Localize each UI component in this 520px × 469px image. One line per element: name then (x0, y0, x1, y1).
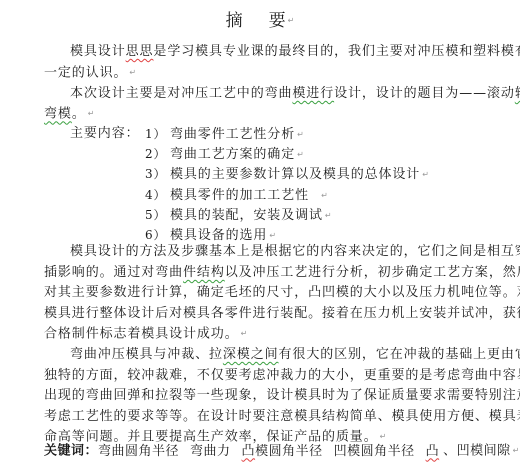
para3-line1[interactable]: 模具设计的方法及步骤基本上是根据它的内容来决定的，它们之间是相互穿 (70, 242, 489, 262)
paragraph-mark-icon: ↵ (380, 432, 387, 441)
text: 独特的方面，较冲裁难，不仅要考虑冲裁力的大小，更重要的是考虑弯曲中容易 (44, 368, 520, 383)
paragraph-mark-icon: ↵ (513, 446, 520, 455)
para2-line1[interactable]: 本次设计主要是对冲压工艺中的弯曲模进行设计，设计的题目为——滚动轴 (70, 84, 489, 104)
list-text: 模具的主要参数计算以及模具的总体设计 (170, 167, 420, 182)
para4-line4[interactable]: 考虑工艺性的要求等等。在设计时要注意模具结构简单、模具使用方便、模具寿 (44, 407, 489, 427)
keyword: 凹模圆角半径 (334, 444, 415, 459)
text: 设计，设计的题目为——滚动 (334, 86, 515, 101)
list-item[interactable]: 5）模具的装配，安装及调试↵ (145, 205, 332, 225)
paragraph-mark-icon: ↵ (288, 16, 295, 25)
paragraph-mark-icon: ↵ (297, 150, 304, 159)
paragraph-mark-icon: ↵ (321, 191, 328, 200)
list-number: 1） (145, 124, 170, 144)
text: 。 (72, 107, 86, 122)
paragraph-mark-icon: ↵ (297, 130, 304, 139)
paragraph-mark-icon: ↵ (88, 109, 95, 118)
list-text: 弯曲工艺方案的确定 (170, 147, 295, 162)
text: 出现的弯曲回弹和拉裂等一些现象，设计模具时为了保证质量要求需要特别注意 (44, 388, 520, 403)
text: 一定的认识。 (44, 66, 127, 81)
paragraph-mark-icon: ↵ (241, 329, 248, 338)
document-page: 摘要↵ 模具设计思思是学习模具专业课的最终目的，我们主要对冲压模和塑料模有 一定… (0, 0, 520, 469)
main-content-label: 主要内容： (70, 124, 140, 144)
text: 是学习模具专业课的最终目的，我们主要对冲压模和塑料模有 (153, 44, 520, 59)
para4-line3[interactable]: 出现的弯曲回弹和拉裂等一些现象，设计模具时为了保证质量要求需要特别注意 (44, 386, 489, 406)
list-item[interactable]: 1）弯曲零件工艺性分析↵ (145, 124, 304, 144)
text: 插影响的。通过对弯曲 (44, 265, 183, 280)
grammar-error-mark[interactable]: 件结构 (183, 265, 225, 280)
text: 考虑工艺性的要求等等。在设计时要注意模具结构简单、模具使用方便、模具寿 (44, 409, 520, 424)
para3-line5[interactable]: 合格制件标志着模具设计成功。↵ (44, 324, 489, 344)
list-number: 3） (145, 164, 170, 184)
paragraph-mark-icon: ↵ (422, 170, 429, 179)
text: 有很大的区别，它在冲裁的基础上更由它 (279, 347, 520, 362)
list-item[interactable]: 4）模具零件的加工工艺性 ↵ (145, 185, 328, 205)
para3-line3[interactable]: 对其主要参数进行计算，确定毛坯的尺寸，凸凹模的大小以及压力机吨位等。对 (44, 283, 489, 303)
list-text: 模具零件的加工工艺性 (170, 188, 319, 203)
text: 合格制件标志着模具设计成功。 (44, 327, 239, 342)
grammar-error-mark[interactable]: 深模之间 (223, 347, 279, 362)
paragraph-mark-icon: ↵ (325, 211, 332, 220)
grammar-error-mark[interactable]: 弯模 (44, 107, 72, 122)
paragraph-mark-icon: ↵ (129, 68, 136, 77)
list-number: 2） (145, 144, 170, 164)
title-char-1: 摘 (226, 11, 243, 31)
paragraph-mark-icon: ↵ (269, 231, 276, 240)
list-number: 4） (145, 185, 170, 205)
title-char-2: 要 (269, 11, 286, 31)
list-number: 5） (145, 205, 170, 225)
abstract-title: 摘要↵ (0, 10, 520, 32)
keyword: 模圆角半径 (255, 444, 323, 459)
grammar-error-mark[interactable]: 模进行 (292, 86, 334, 101)
para4-line1[interactable]: 弯曲冲压模具与冲裁、拉深模之间有很大的区别，它在冲裁的基础上更由它 (70, 345, 489, 365)
list-item[interactable]: 3）模具的主要参数计算以及模具的总体设计↵ (145, 164, 429, 184)
keywords-label: 关键词： (44, 444, 98, 459)
para1-line2[interactable]: 一定的认识。↵ (44, 63, 489, 83)
list-text: 模具的装配，安装及调试 (170, 208, 323, 223)
text: 模具进行整体设计后对模具各零件进行装配。接着在压力机上安装并试冲，获得 (44, 306, 520, 321)
text: 弯曲冲压模具与冲裁、拉 (70, 347, 223, 362)
grammar-error-mark[interactable]: 轴 (515, 86, 520, 101)
text: 模具设计的方法及步骤基本上是根据它的内容来决定的，它们之间是相互穿 (70, 244, 520, 259)
para1-line1[interactable]: 模具设计思思是学习模具专业课的最终目的，我们主要对冲压模和塑料模有 (70, 42, 489, 62)
spelling-error-mark[interactable]: 凸 (242, 444, 256, 459)
para4-line2[interactable]: 独特的方面，较冲裁难，不仅要考虑冲裁力的大小，更重要的是考虑弯曲中容易 (44, 366, 489, 386)
spelling-error-mark[interactable]: 凸 (426, 444, 440, 459)
text: 对其主要参数进行计算，确定毛坯的尺寸，凸凹模的大小以及压力机吨位等。对 (44, 285, 520, 300)
list-item[interactable]: 2）弯曲工艺方案的确定↵ (145, 144, 304, 164)
keyword: 、凹模间隙 (443, 444, 511, 459)
para3-line2[interactable]: 插影响的。通过对弯曲件结构以及冲压工艺进行分析，初步确定工艺方案，然后 (44, 263, 489, 283)
text: 以及冲压工艺进行分析，初步确定工艺方案，然后 (225, 265, 520, 280)
keyword: 弯曲圆角半径 (98, 444, 179, 459)
keyword: 弯曲力 (190, 444, 231, 459)
spelling-error-mark[interactable]: 思思 (126, 44, 154, 59)
text: 本次设计主要是对冲压工艺中的弯曲 (70, 86, 292, 101)
para3-line4[interactable]: 模具进行整体设计后对模具各零件进行装配。接着在压力机上安装并试冲，获得 (44, 304, 489, 324)
list-text: 模具设备的选用 (170, 228, 267, 243)
text: 模具设计 (70, 44, 126, 59)
para2-line2[interactable]: 弯模。↵ (44, 104, 489, 124)
list-text: 弯曲零件工艺性分析 (170, 127, 295, 142)
keywords-line[interactable]: 关键词：弯曲圆角半径弯曲力凸模圆角半径凹模圆角半径凸、凹模间隙↵ (44, 441, 489, 461)
